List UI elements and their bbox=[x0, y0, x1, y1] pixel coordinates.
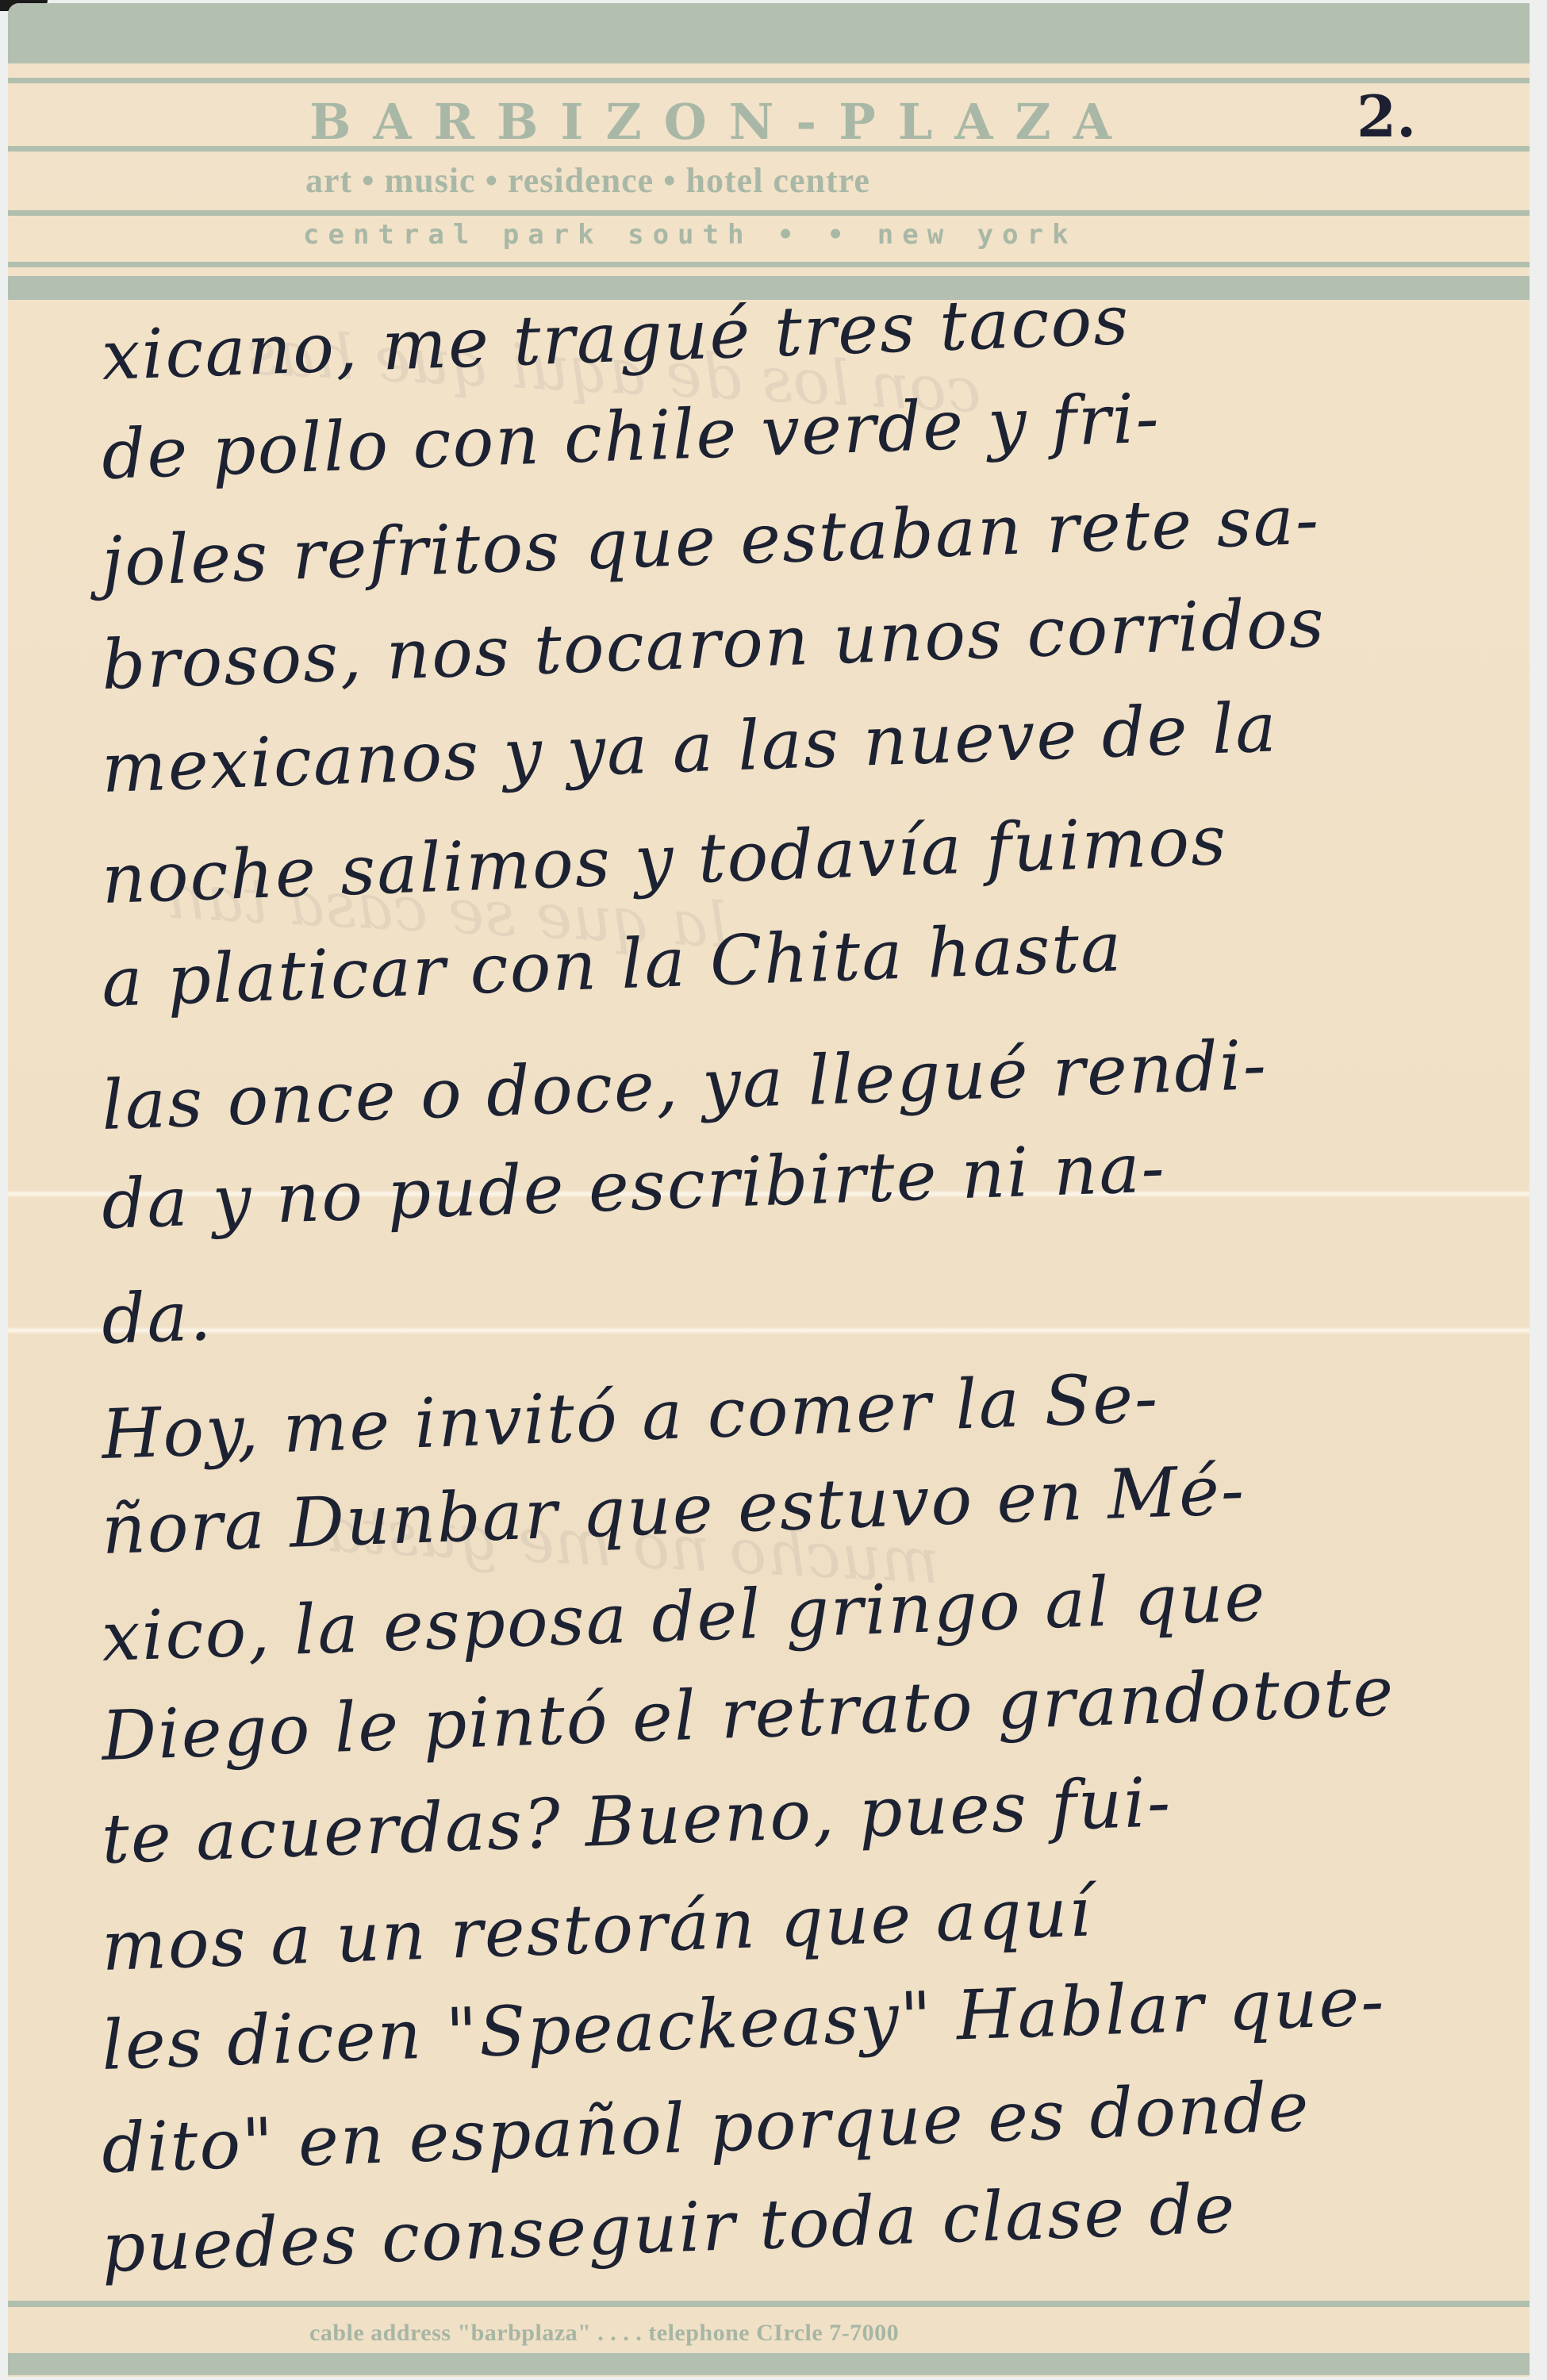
handwritten-line: Diego le pintó el retrato grandotote bbox=[101, 1652, 1396, 1776]
page-number: 2. bbox=[1357, 83, 1416, 150]
letterhead-subtitle: art • music • residence • hotel centre bbox=[305, 160, 870, 201]
handwritten-line: dito" en español porque es donde bbox=[101, 2067, 1311, 2189]
handwritten-line: brosos, nos tocaron unos corridos bbox=[101, 583, 1327, 705]
letterhead-title: BARBIZON-PLAZA bbox=[309, 93, 1134, 151]
letterhead-rule bbox=[8, 262, 1530, 267]
handwritten-line: mexicanos y ya a las nueve de la bbox=[101, 688, 1280, 808]
letterhead-rule bbox=[8, 78, 1530, 83]
handwritten-line: las once o doce, ya llegué rendi- bbox=[101, 1026, 1269, 1146]
footer-contact: cable address "barbplaza" . . . . teleph… bbox=[309, 2320, 899, 2347]
letterhead-address: central park south • • new york bbox=[303, 219, 1077, 251]
fold-crease bbox=[8, 1326, 1530, 1334]
handwritten-line: te acuerdas? Bueno, pues fui- bbox=[101, 1763, 1173, 1879]
footer-rule bbox=[8, 2301, 1530, 2307]
letter-page: BARBIZON-PLAZA 2. art • music • residenc… bbox=[8, 3, 1530, 2377]
footer-band bbox=[8, 2353, 1530, 2375]
handwritten-line: da. bbox=[101, 1276, 214, 1360]
handwritten-line: Hoy, me invitó a comer la Se- bbox=[101, 1359, 1161, 1475]
letterhead-top-band bbox=[8, 3, 1530, 63]
handwritten-line: les dicen "Speackeasy" Hablar que- bbox=[101, 1962, 1387, 2086]
handwritten-line: da y no pude escribirte ni na- bbox=[101, 1128, 1168, 1245]
handwritten-line: puedes conseguir toda clase de bbox=[101, 2169, 1238, 2288]
letterhead-rule bbox=[8, 210, 1530, 216]
handwritten-line: mos a un restorán que aquí bbox=[101, 1872, 1094, 1987]
letterhead-rule bbox=[8, 146, 1530, 152]
handwritten-line: joles refritos que estaban rete sa- bbox=[101, 480, 1322, 602]
